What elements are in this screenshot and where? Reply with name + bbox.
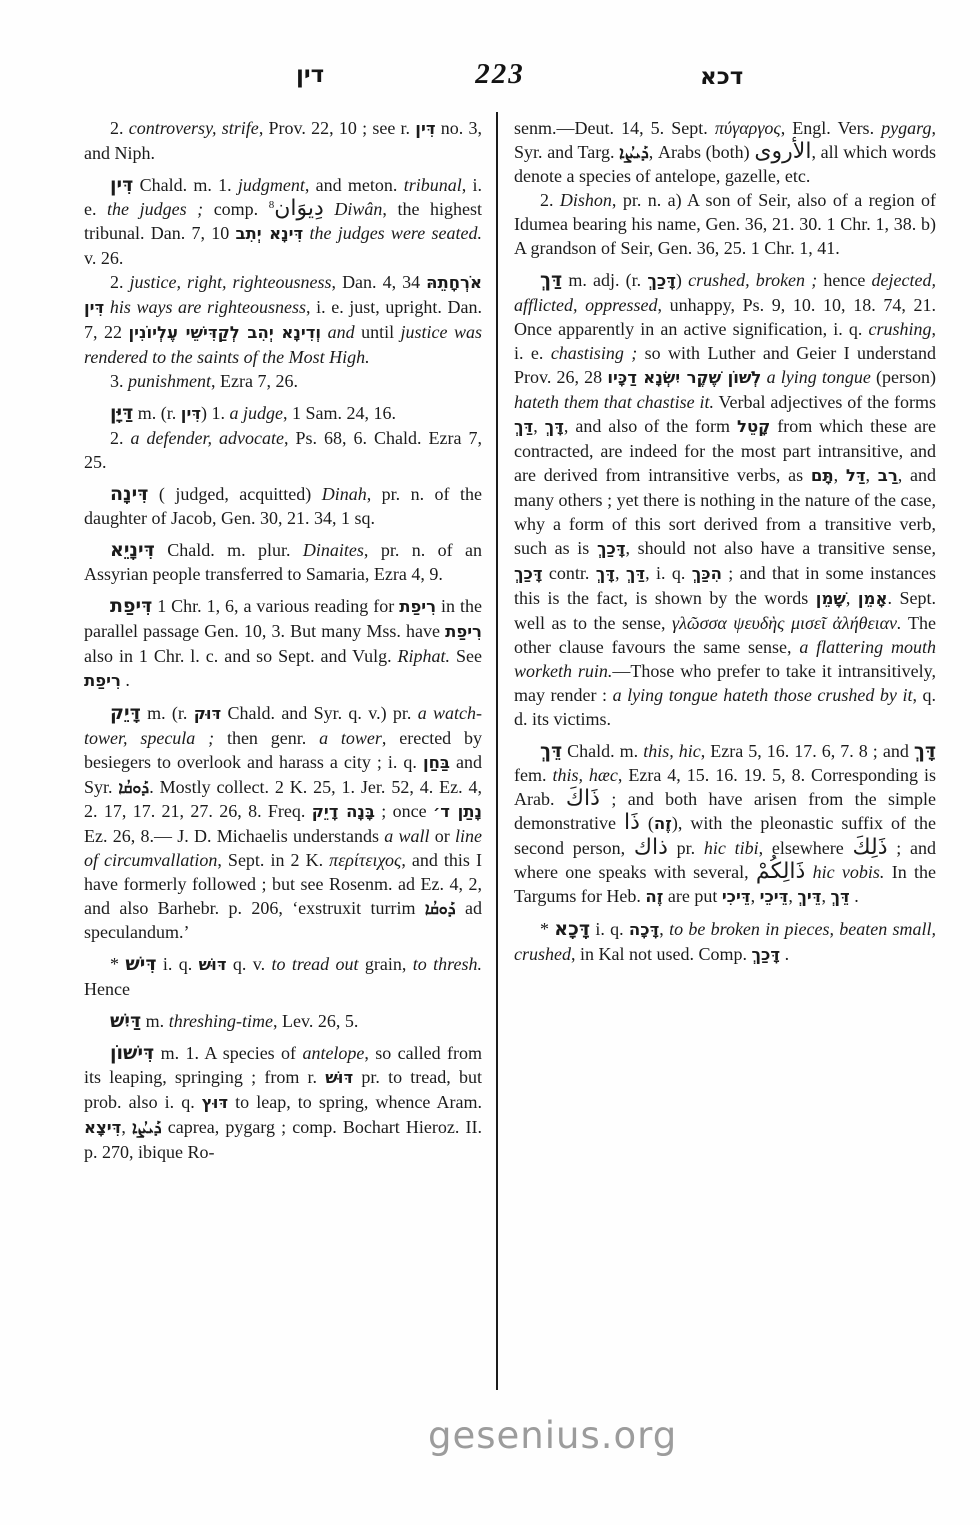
greek-text: γλῶσσα ψευδὴς μισεῖ ἀλήθειαν. xyxy=(672,613,902,633)
text: Chald. m. xyxy=(562,741,643,761)
hebrew-word: זֶה xyxy=(645,887,663,906)
hebrew-word: זֶה xyxy=(654,814,672,833)
arabic-word: ذَا xyxy=(624,810,640,835)
hebrew-word: דֵּיךְ xyxy=(797,887,821,906)
italic-text: hateth them that chastise it. xyxy=(514,392,714,412)
hebrew-word: בָּנָה דָיֵק xyxy=(312,802,375,821)
hebrew-word: דָּכַךְ xyxy=(597,539,626,558)
hebrew-headword: דַּךְ xyxy=(540,269,562,291)
hebrew-word: דָּךְ xyxy=(596,564,615,583)
italic-text: controversy, strife xyxy=(129,118,259,138)
text: ) 1. xyxy=(201,403,230,423)
syriac-word: ܕܰܝܨܳܐ xyxy=(619,143,649,162)
text: , xyxy=(751,886,760,906)
hebrew-word: דִּין xyxy=(181,404,201,423)
text: , and also of the form xyxy=(564,416,737,436)
text: i. q. xyxy=(157,954,199,974)
italic-text: his ways are righteousness xyxy=(110,297,306,317)
text: hence xyxy=(817,270,871,290)
hebrew-word: דִּיצָא xyxy=(84,1118,121,1137)
hebrew-word: רִיפַת xyxy=(84,671,121,690)
italic-text: to thresh. xyxy=(413,954,482,974)
text: * xyxy=(540,919,554,939)
syriac-word: ܕܰܝܨܳܐ xyxy=(132,1118,162,1137)
italic-text: threshing-time xyxy=(169,1011,273,1031)
hebrew-headword: דֵּךְ xyxy=(540,740,562,762)
text: ( xyxy=(640,813,654,833)
italic-text: a lying tongue hateth those crushed by i… xyxy=(613,685,913,705)
hebrew-word: דּוּץ xyxy=(202,1093,228,1112)
entry-dish: * דִּישׁ i. q. דּוּשׁ q. v. to tread out… xyxy=(84,952,482,1001)
entry-dinaites: דִּינָיֵא Chald. m. plur. Dinaites, pr. … xyxy=(84,538,482,586)
para-dishon-proper-name: 2. Dishon, pr. n. a) A son of Seir, also… xyxy=(514,188,936,260)
italic-text: Riphat. xyxy=(398,646,451,666)
text: , xyxy=(615,563,626,583)
para-dayyan-defender: 2. a defender, advocate, Ps. 68, 6. Chal… xyxy=(84,426,482,474)
hebrew-word: שָׁמֵן xyxy=(816,589,846,608)
arabic-word: الأروى xyxy=(754,139,811,164)
watermark: gesenius.org xyxy=(428,1414,677,1457)
italic-text: Diwân xyxy=(334,199,382,219)
hebrew-word: דִּין xyxy=(415,119,435,138)
text: , Lev. 26, 5. xyxy=(273,1011,358,1031)
text: , xyxy=(659,919,669,939)
text: Ez. 26, 8.— J. D. Michaelis understands xyxy=(84,826,384,846)
italic-text: punishment xyxy=(128,371,211,391)
text: until xyxy=(355,322,401,342)
text: , Sept. in 2 K. xyxy=(217,850,329,870)
text: m. (r. xyxy=(133,403,181,423)
header-keyword-right: דכא xyxy=(700,64,743,90)
hebrew-word: רִיפַת xyxy=(445,622,482,641)
hebrew-headword: דַּיָּן xyxy=(110,402,133,424)
hebrew-word: קָטֵל xyxy=(737,417,770,436)
hebrew-word: רַב xyxy=(878,466,898,485)
text: , xyxy=(846,588,858,608)
italic-text: and xyxy=(328,322,355,342)
italic-text: Dinah xyxy=(322,484,367,504)
text: pr. xyxy=(668,838,704,858)
text: m. adj. (r. xyxy=(562,270,647,290)
hebrew-word: רִיפַת xyxy=(399,597,436,616)
entry-dishon: דִּישׁוֹן m. 1. A species of antelope, s… xyxy=(84,1041,482,1164)
italic-text: a wall xyxy=(384,826,429,846)
text: Chald. and Syr. q. v.) pr. xyxy=(221,703,417,723)
lexicon-page: דין 223 דכא 2. controversy, strife, Prov… xyxy=(0,0,980,1525)
italic-text: hic tibi xyxy=(704,838,759,858)
italic-text: to tread out xyxy=(271,954,358,974)
hebrew-headword: דָּךְ xyxy=(914,740,936,762)
entry-dayish: דַּיִשׁ m. threshing-time, Lev. 26, 5. xyxy=(84,1009,482,1033)
italic-text: the judges were seated. xyxy=(303,223,482,243)
italic-text: Dinaites xyxy=(303,540,364,560)
hebrew-headword: דִּישׁוֹן xyxy=(110,1042,154,1064)
text: then genr. xyxy=(214,728,319,748)
page-number: 223 xyxy=(452,58,548,91)
text: 2. xyxy=(110,272,130,292)
arabic-word: ذَاكَ xyxy=(566,786,600,811)
italic-text: a defender, advocate xyxy=(131,428,284,448)
text xyxy=(324,199,335,219)
hebrew-word: דַּךְ xyxy=(626,564,645,583)
column-left: 2. controversy, strife, Prov. 22, 10 ; s… xyxy=(84,116,482,1164)
text: Chald. m. 1. xyxy=(133,175,238,195)
greek-text: πύγαργος xyxy=(715,118,781,138)
text: , should not also have a transitive sens… xyxy=(626,538,936,558)
text: ) xyxy=(676,270,688,290)
entry-dayyan: דַּיָּן m. (r. דִּין) 1. a judge, 1 Sam.… xyxy=(84,401,482,426)
hebrew-word: תָּם xyxy=(811,466,834,485)
text: . xyxy=(780,944,789,964)
hebrew-word: אָמֵן xyxy=(858,589,888,608)
italic-text: chastising ; xyxy=(551,343,637,363)
hebrew-word: דֵּיכֵי xyxy=(760,887,789,906)
text: m. 1. A species of xyxy=(154,1043,302,1063)
text: (person) xyxy=(871,367,936,387)
hebrew-headword: דִּינָה xyxy=(110,483,148,505)
text: or xyxy=(430,826,456,846)
italic-text: judgment xyxy=(238,175,305,195)
text: Chald. m. plur. xyxy=(155,540,303,560)
text: * xyxy=(110,954,125,974)
hebrew-word: דַּל xyxy=(846,466,866,485)
text: , Dan. 4, 34 xyxy=(332,272,427,292)
text: grain, xyxy=(359,954,413,974)
text: , xyxy=(788,886,797,906)
text: 2. xyxy=(540,190,560,210)
text: m. (r. xyxy=(141,703,194,723)
text: fem. xyxy=(514,765,552,785)
text: comp. xyxy=(203,199,269,219)
hebrew-word: דָּכַךְ xyxy=(752,945,781,964)
syriac-word: ܕܰܘܩܳܐ xyxy=(425,899,456,918)
text: , xyxy=(834,465,846,485)
italic-text: this, hic xyxy=(643,741,701,761)
text: 2. xyxy=(110,118,129,138)
text: ; once xyxy=(375,801,433,821)
text: , xyxy=(121,1117,132,1137)
text: also in 1 Chr. l. c. and so Sept. and Vu… xyxy=(84,646,398,666)
text: , xyxy=(866,465,878,485)
syriac-word: ܕܰܘܩܳܐ xyxy=(118,778,149,797)
hebrew-word: בַּחַן xyxy=(423,753,450,772)
italic-text: hic vobis. xyxy=(813,862,885,882)
hebrew-word: דּוּשׁ xyxy=(199,955,227,974)
hebrew-word: דִּינָא יְתִב xyxy=(235,224,303,243)
entry-daka: * דָּכָא i. q. דָּכָה, to be broken in p… xyxy=(514,917,936,967)
text: , Engl. Vers. xyxy=(781,118,881,138)
hebrew-headword: דִּישׁ xyxy=(125,953,156,975)
italic-text: the judges ; xyxy=(107,199,203,219)
hebrew-word: דֵּךְ xyxy=(830,887,849,906)
italic-text: crushed, broken ; xyxy=(688,270,817,290)
column-right: senm.—Deut. 14, 5. Sept. πύγαργος, Engl.… xyxy=(514,116,936,967)
text: to leap, to spring, whence Aram. xyxy=(228,1092,482,1112)
italic-text: this, hæc xyxy=(552,765,617,785)
text: , 1 Sam. 24, 16. xyxy=(283,403,396,423)
hebrew-headword: דָּיֵק xyxy=(110,702,141,724)
entry-dek: דֵּךְ Chald. m. this, hic, Ezra 5, 16. 1… xyxy=(514,739,936,909)
hebrew-word: דָּכַךְ xyxy=(514,564,543,583)
hebrew-word: דָּכַךְ xyxy=(647,271,676,290)
text: v. 26. xyxy=(84,248,123,268)
para-din-justice: 2. justice, right, righteousness, Dan. 4… xyxy=(84,270,482,369)
hebrew-word: לְשׁוֹן שֶׁקֶר יִשְׂנָא דַכָּיו xyxy=(607,368,761,387)
hebrew-word: דָּכָה xyxy=(629,920,659,939)
text: Verbal adjectives of the forms xyxy=(714,392,936,412)
arabic-word: ذَالِكُمْ xyxy=(756,859,805,884)
text: contr. xyxy=(543,563,596,583)
hebrew-word: הִכַּךְ xyxy=(692,564,722,583)
italic-text: antelope xyxy=(302,1043,364,1063)
entry-dinah: דִּינָה ( judged, acquitted) Dinah, pr. … xyxy=(84,482,482,530)
text: , Arabs (both) xyxy=(649,142,755,162)
text: m. xyxy=(141,1011,169,1031)
text: ( judged, acquitted) xyxy=(148,484,321,504)
text: 2. xyxy=(110,428,131,448)
italic-text: Dishon xyxy=(560,190,612,210)
text xyxy=(805,862,812,882)
text: . xyxy=(850,886,859,906)
hebrew-word: דָּךְ xyxy=(545,417,564,436)
hebrew-word: דֵּיכִי xyxy=(722,887,751,906)
italic-text: justice, right, righteousness xyxy=(130,272,332,292)
italic-text: a judge xyxy=(230,403,284,423)
text: , Ezra 5, 16. 17. 6, 7. 8 ; and xyxy=(701,741,914,761)
hebrew-headword: דָּכָא xyxy=(554,918,590,940)
hebrew-word: וְדִינָא יְהִב לְקַדִּישֵׁי עֶלְיוֹנִין xyxy=(128,323,321,342)
text: senm.—Deut. 14, 5. Sept. xyxy=(514,118,715,138)
hebrew-word: נָתַן ד׳ xyxy=(433,802,482,821)
entry-din-chald: דִּין Chald. m. 1. judgment, and meton. … xyxy=(84,173,482,270)
italic-text: crushing xyxy=(869,319,932,339)
text: See xyxy=(450,646,482,666)
hebrew-word: דּוּק xyxy=(194,704,222,723)
hebrew-headword: דִּין xyxy=(110,174,133,196)
text: q. v. xyxy=(227,954,272,974)
text: , xyxy=(533,416,544,436)
text: , elsewhere xyxy=(759,838,853,858)
entry-diphath: דִּיפַת 1 Chr. 1, 6, a various reading f… xyxy=(84,594,482,693)
text: 3. xyxy=(110,371,128,391)
text: Hence xyxy=(84,979,130,999)
text: , Prov. 22, 10 ; see r. xyxy=(259,118,415,138)
arabic-word: دِيوَان xyxy=(274,196,324,221)
italic-text: pygarg xyxy=(881,118,931,138)
para-rosenm-continuation: senm.—Deut. 14, 5. Sept. πύγαργος, Engl.… xyxy=(514,116,936,188)
entry-dayek: דָּיֵק m. (r. דּוּק Chald. and Syr. q. v… xyxy=(84,701,482,944)
hebrew-headword: דִּינָיֵא xyxy=(110,539,155,561)
text: 1 Chr. 1, 6, a various reading for xyxy=(152,596,399,616)
para-din-punishment: 3. punishment, Ezra 7, 26. xyxy=(84,369,482,393)
hebrew-word: דּוּשׁ xyxy=(325,1068,353,1087)
text: i. q. xyxy=(590,919,629,939)
greek-text: περίτειχος xyxy=(329,850,401,870)
text: are put xyxy=(663,886,721,906)
text: . xyxy=(121,670,130,690)
entry-dak: דַּךְ m. adj. (r. דָּכַךְ) crushed, brok… xyxy=(514,268,936,731)
hebrew-headword: דִּיפַת xyxy=(110,595,152,617)
arabic-word: ذَلِكَ xyxy=(853,835,888,860)
arabic-word: ذاك xyxy=(634,835,668,860)
text: , and meton. xyxy=(305,175,404,195)
italic-text: tribunal xyxy=(404,175,462,195)
hebrew-word: דַּךְ xyxy=(514,417,533,436)
column-divider xyxy=(496,112,498,1390)
hebrew-headword: דַּיִשׁ xyxy=(110,1010,141,1032)
header-keyword-left: דין xyxy=(296,62,324,88)
italic-text: a tower xyxy=(319,728,382,748)
para-din-controversy: 2. controversy, strife, Prov. 22, 10 ; s… xyxy=(84,116,482,165)
text: , in Kal not used. Comp. xyxy=(571,944,752,964)
text: , i. q. xyxy=(645,563,692,583)
text: , Ezra 7, 26. xyxy=(211,371,298,391)
italic-text: a lying tongue xyxy=(767,367,871,387)
